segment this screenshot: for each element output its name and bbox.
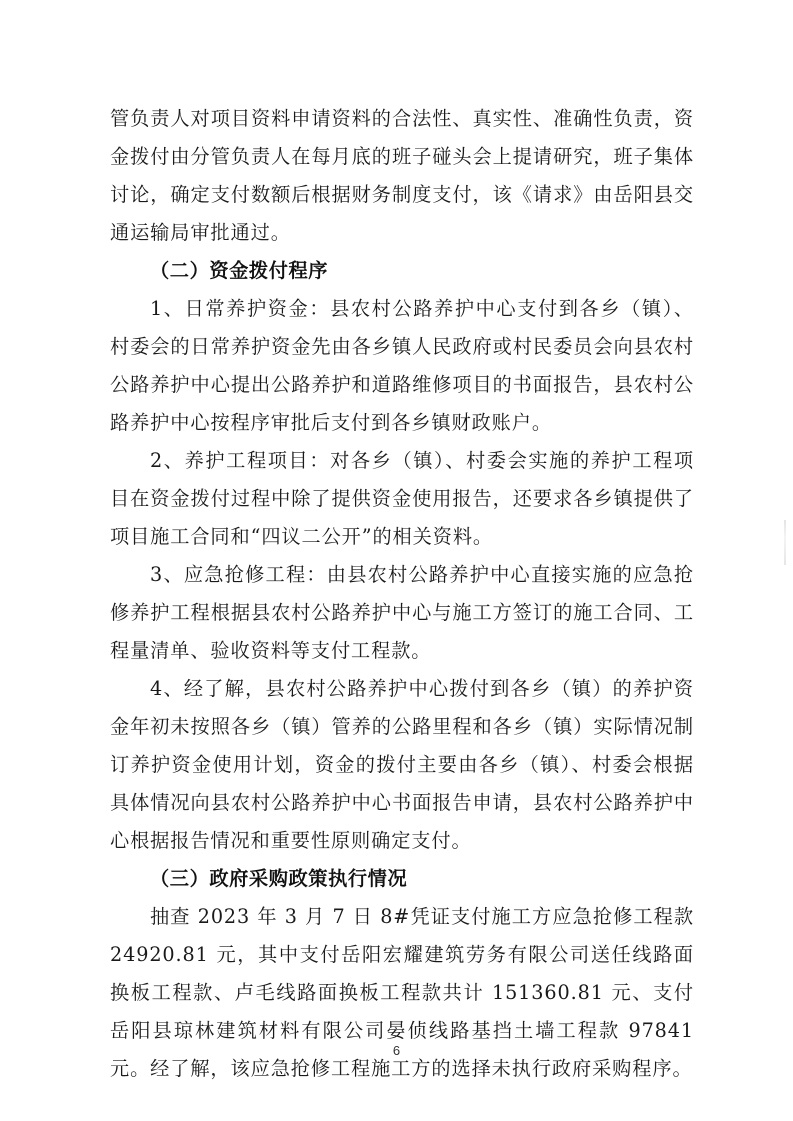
paragraph-findings: 4、经了解，县农村公路养护中心拨付到各乡（镇）的养护资金年初未按照各乡（镇）管养… <box>110 670 694 860</box>
paragraph-emergency-repair: 3、应急抢修工程：由县农村公路养护中心直接实施的应急抢修养护工程根据县农村公路养… <box>110 556 694 670</box>
scan-artifact <box>784 520 786 565</box>
paragraph-daily-maintenance-funds: 1、日常养护资金：县农村公路养护中心支付到各乡（镇）、村委会的日常养护资金先由各… <box>110 290 694 442</box>
paragraph-maintenance-projects: 2、养护工程项目：对各乡（镇）、村委会实施的养护工程项目在资金拨付过程中除了提供… <box>110 442 694 556</box>
document-page: 管负责人对项目资料申请资料的合法性、真实性、准确性负责，资金拨付由分管负责人在每… <box>0 0 793 1121</box>
section-heading-fund-disbursement-procedure: （二）资金拨付程序 <box>110 252 694 290</box>
document-body: 管负责人对项目资料申请资料的合法性、真实性、准确性负责，资金拨付由分管负责人在每… <box>110 100 694 1088</box>
section-heading-government-procurement: （三）政府采购政策执行情况 <box>110 860 694 898</box>
paragraph-procurement-audit: 抽查 2023 年 3 月 7 日 8#凭证支付施工方应急抢修工程款 24920… <box>110 898 694 1088</box>
page-number: 6 <box>0 1043 793 1058</box>
paragraph-continuation: 管负责人对项目资料申请资料的合法性、真实性、准确性负责，资金拨付由分管负责人在每… <box>110 100 694 252</box>
